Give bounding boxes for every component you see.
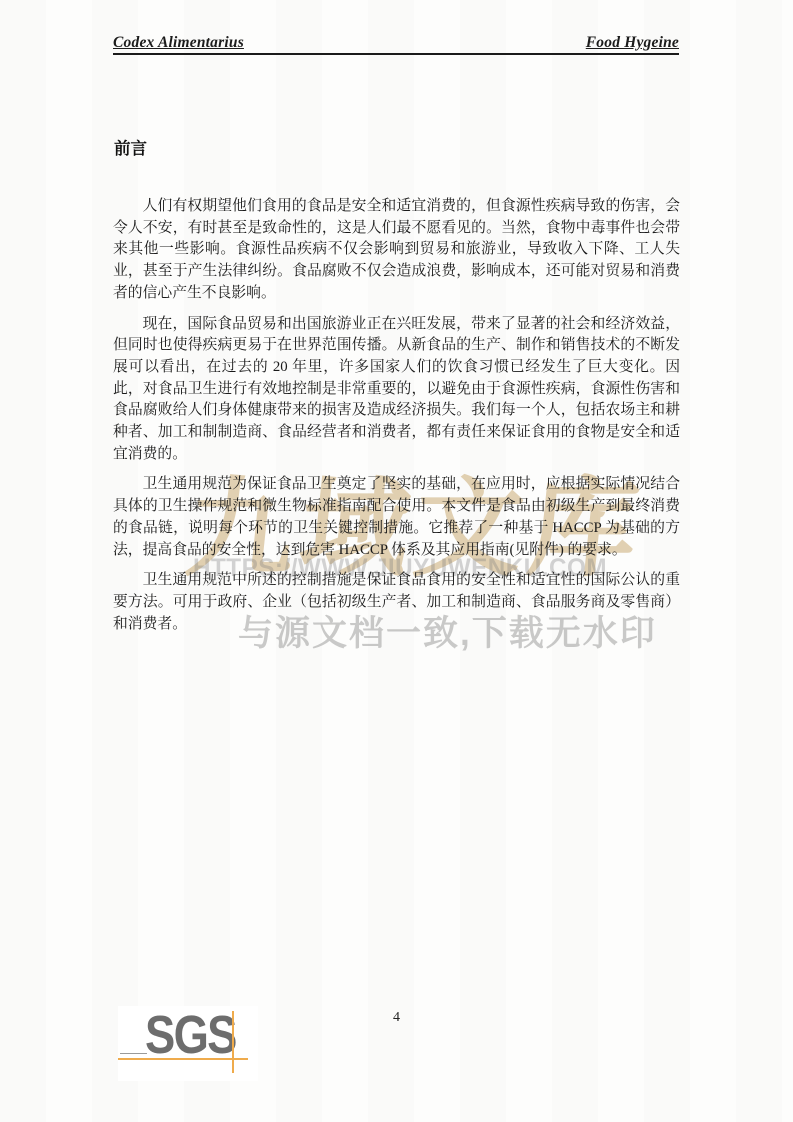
header-right-title: Food Hygeine (586, 34, 679, 52)
paragraph-3: 卫生通用规范为保证食品卫生奠定了坚实的基础，在应用时，应根据实际情况结合具体的卫… (113, 474, 680, 561)
document-body: 人们有权期望他们食用的食品是安全和适宜消费的，但食源性疾病导致的伤害，会令人不安… (113, 196, 680, 644)
sgs-logo-crosshair-horizontal-line (118, 1058, 248, 1060)
sgs-logo-underline (120, 1053, 147, 1054)
paragraph-4: 卫生通用规范中所述的控制措施是保证食品食用的安全性和适宜性的国际公认的重要方法。… (113, 570, 680, 635)
paragraph-1: 人们有权期望他们食用的食品是安全和适宜消费的，但食源性疾病导致的伤害，会令人不安… (113, 196, 680, 305)
page-header: Codex Alimentarius Food Hygeine (113, 34, 679, 55)
header-left-title: Codex Alimentarius (113, 34, 244, 52)
paragraph-2: 现在，国际食品贸易和出国旅游业正在兴旺发展，带来了显著的社会和经济效益，但同时也… (113, 314, 680, 466)
sgs-logo-text: SGS (145, 1008, 236, 1062)
page-title: 前言 (114, 135, 147, 159)
sgs-logo: SGS (118, 1006, 258, 1081)
document-page: Codex Alimentarius Food Hygeine 前言 九域文库 … (0, 0, 793, 1122)
sgs-logo-crosshair-vertical-line (232, 1011, 234, 1073)
